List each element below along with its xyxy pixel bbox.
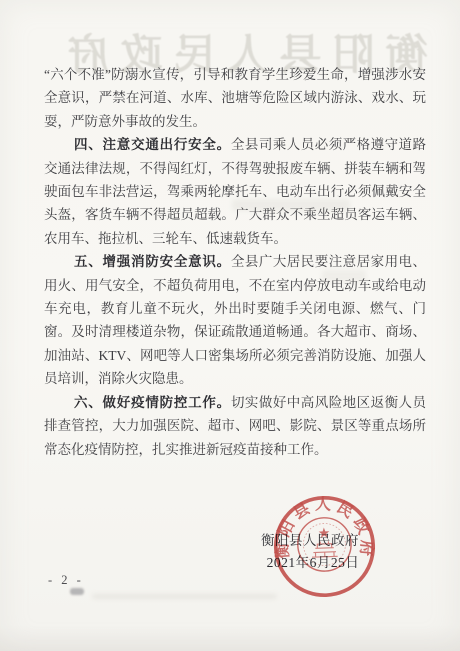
paragraph-text: 全县广大居民要注意居家用电、用火、用气安全，不超负荷用电，不在室内停放电动车或给…	[44, 254, 426, 386]
paragraph-text: 全县司乘人员必须严格遵守道路交通法律法规，不得闯红灯，不得驾驶报废车辆、拼装车辆…	[44, 137, 426, 246]
paragraph-lead: 六、做好疫情防控工作。	[74, 395, 231, 410]
page-number: - 2 -	[48, 573, 84, 588]
paragraph-lead: 四、注意交通出行安全。	[74, 137, 231, 152]
scan-smudge	[92, 594, 277, 599]
paragraph-lead: 五、增强消防安全意识。	[74, 254, 231, 269]
scan-smudge	[70, 588, 84, 595]
scan-smudge	[322, 270, 366, 282]
paragraph-fire-safety: 五、增强消防安全意识。全县广大居民要注意居家用电、用火、用气安全，不超负荷用电，…	[44, 250, 426, 390]
document-page: 衡阳县人民政府 “六个不准”防溺水宣传，引导和教育学生珍爱生命，增强涉水安全意识…	[0, 0, 460, 651]
paragraph-traffic-safety: 四、注意交通出行安全。全县司乘人员必须严格遵守道路交通法律法规，不得闯红灯，不得…	[44, 133, 426, 250]
paragraph-drowning-safety: “六个不准”防溺水宣传，引导和教育学生珍爱生命，增强涉水安全意识，严禁在河道、水…	[44, 63, 426, 133]
paragraph-epidemic-control: 六、做好疫情防控工作。切实做好中高风险地区返衡人员排查管控，大力加强医院、超市、…	[44, 391, 426, 461]
issue-date: 2021年6月25日	[239, 551, 387, 571]
issuer-name: 衡阳县人民政府	[239, 529, 381, 549]
body-text: “六个不准”防溺水宣传，引导和教育学生珍爱生命，增强涉水安全意识，严禁在河道、水…	[44, 63, 426, 461]
paragraph-text: “六个不准”防溺水宣传，引导和教育学生珍爱生命，增强涉水安全意识，严禁在河道、水…	[44, 67, 426, 129]
scan-smudge	[232, 199, 350, 211]
